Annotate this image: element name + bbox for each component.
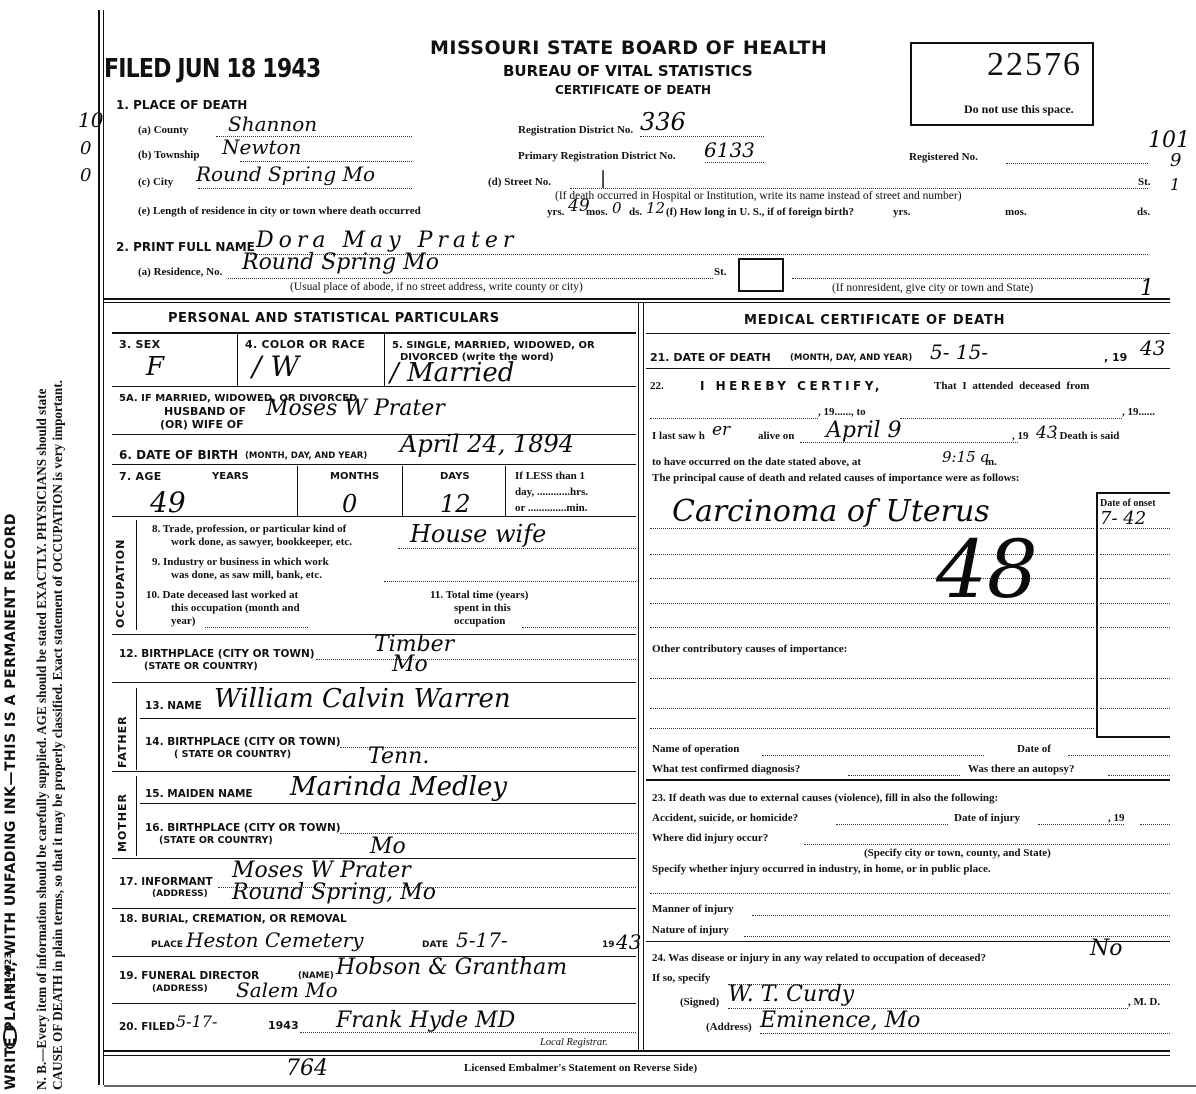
birthplace-label-1: 12. BIRTHPLACE (CITY OR TOWN) [119, 648, 315, 660]
physician-annotation: 48 [936, 530, 1038, 610]
last-worked-label-2: this occupation (month and [171, 602, 300, 614]
filed-date-field[interactable]: 5-17- [176, 1012, 217, 1031]
dod-year-field[interactable]: 43 [1140, 336, 1165, 360]
foreign-label: (f) How long in U. S., if of foreign bir… [666, 206, 854, 218]
township-field[interactable]: Newton [222, 135, 301, 159]
trade-label-2: work done, as sawyer, bookkeeper, etc. [171, 536, 352, 548]
onset-field[interactable]: 7- 42 [1100, 508, 1146, 529]
county-label: (a) County [138, 124, 188, 136]
dob-label: 6. DATE OF BIRTH [119, 448, 238, 462]
foreign-yrs: yrs. [893, 206, 910, 218]
burial-year-label: 19 [602, 940, 615, 950]
margin-instructions-2: CAUSE OF DEATH in plain terms, so that i… [50, 380, 66, 1090]
years-label: YEARS [212, 471, 249, 482]
from-to-label: , 19......, to [818, 406, 866, 418]
total-time-label-1: 11. Total time (years) [430, 589, 528, 601]
time-field[interactable]: 9:15 a [942, 448, 989, 466]
foreign-ds: ds. [1137, 206, 1150, 218]
total-time-label-2: spent in this [454, 602, 511, 614]
less-label-1: If LESS than 1 [515, 470, 585, 482]
residence-box[interactable] [738, 258, 784, 292]
right-note-1: 101 [1148, 128, 1190, 153]
city-field[interactable]: Round Spring Mo [196, 162, 375, 186]
occ-related-label: 24. Was disease or injury in any way rel… [652, 952, 986, 964]
margin-note-3: 0 [80, 165, 91, 186]
funeral-addr-field[interactable]: Salem Mo [236, 978, 338, 1002]
alive-on-field[interactable]: April 9 [826, 418, 902, 443]
burial-place-label: PLACE [151, 940, 183, 950]
address-label: (Address) [706, 1021, 752, 1033]
from-to-end: , 19...... [1122, 406, 1155, 418]
burial-year-field[interactable]: 43 [616, 930, 641, 954]
footer-number: 764 [286, 1056, 328, 1081]
residence-length-label: (e) Length of residence in city or town … [138, 205, 421, 217]
place-of-death-heading: 1. PLACE OF DEATH [116, 98, 247, 112]
mos-label: mos. [586, 206, 608, 218]
residence-label: (a) Residence, No. [138, 266, 222, 278]
total-time-label-3: occupation [454, 615, 505, 627]
mother-side-label: MOTHER [116, 793, 129, 852]
reg-district-field[interactable]: 336 [640, 108, 686, 136]
street-field[interactable]: | [600, 168, 606, 189]
yrs-label: yrs. [547, 206, 564, 218]
less-label-2: day, ............hrs. [515, 486, 588, 498]
age-months-field[interactable]: 0 [342, 490, 357, 518]
mos-field[interactable]: 0 [612, 199, 622, 217]
trade-field[interactable]: House wife [410, 520, 546, 548]
union-label-icon [3, 1025, 17, 1049]
dod-sub: (MONTH, DAY, AND YEAR) [790, 353, 912, 363]
occupation-side-label: OCCUPATION [114, 539, 127, 628]
certify-num: 22. [650, 380, 664, 392]
where-label: Where did injury occur? [652, 832, 768, 844]
mother-name-label: 15. MAIDEN NAME [145, 788, 253, 800]
informant-addr-field[interactable]: Round Spring, Mo [232, 880, 436, 905]
certificate-number: 22576 [987, 46, 1082, 84]
death-said-label: . Death is said [1054, 430, 1119, 442]
burial-place-field[interactable]: Heston Cemetery [186, 928, 364, 952]
accident-label: Accident, suicide, or homicide? [652, 812, 798, 824]
medical-heading: MEDICAL CERTIFICATE OF DEATH [744, 313, 1005, 328]
residence-note: (Usual place of abode, if no street addr… [290, 281, 583, 293]
burial-date-field[interactable]: 5-17- [456, 928, 508, 952]
burial-date-label: DATE [422, 940, 448, 950]
mother-name-field[interactable]: Marinda Medley [290, 772, 507, 802]
days-label: DAYS [440, 471, 470, 482]
margin-note-2: 0 [80, 138, 91, 159]
filed-year: 1943 [268, 1019, 299, 1032]
principal-label: The principal cause of death and related… [652, 472, 1019, 484]
father-name-field[interactable]: William Calvin Warren [214, 684, 511, 714]
physician-signature[interactable]: W. T. Curdy [728, 982, 854, 1007]
dod-field[interactable]: 5- 15- [930, 340, 988, 364]
registrar-label: Local Registrar. [540, 1037, 608, 1048]
burial-label: 18. BURIAL, CREMATION, OR REMOVAL [119, 913, 347, 925]
informant-label: 17. INFORMANT [119, 876, 213, 888]
md-label: , M. D. [1128, 996, 1160, 1008]
registered-no-label: Registered No. [909, 151, 978, 163]
sex-label: 3. SEX [119, 338, 160, 351]
filed-stamp: FILED JUN 18 1943 [104, 54, 320, 84]
informant-addr-label: (ADDRESS) [152, 889, 208, 899]
certify-text: That I attended deceased from [934, 380, 1089, 392]
date-of-label: Date of [1017, 743, 1051, 755]
township-label: (b) Township [138, 149, 199, 161]
primary-district-label: Primary Registration District No. [518, 150, 676, 162]
foreign-mos: mos. [1005, 206, 1027, 218]
dob-field[interactable]: April 24, 1894 [400, 430, 574, 458]
external-label: 23. If death was due to external causes … [652, 792, 998, 804]
residence-field[interactable]: Round Spring Mo [242, 250, 439, 275]
margin-permanent-record: WRITE PLAINLY, WITH UNFADING INK—THIS IS… [3, 513, 19, 1090]
father-name-label: 13. NAME [145, 700, 202, 712]
test-label: What test confirmed diagnosis? [652, 763, 800, 775]
certificate-title: CERTIFICATE OF DEATH [555, 83, 711, 97]
last-worked-label-1: 10. Date deceased last worked at [146, 589, 298, 601]
father-birth-field[interactable]: Tenn. [368, 744, 429, 769]
mother-birth-field[interactable]: Mo [370, 834, 406, 859]
reg-district-label: Registration District No. [518, 124, 633, 136]
spouse-field[interactable]: Moses W Prater [266, 396, 445, 421]
residence-st-label: St. [714, 266, 727, 278]
occ-related-field[interactable]: No [1090, 936, 1123, 961]
mother-birth-label-1: 16. BIRTHPLACE (CITY OR TOWN) [145, 822, 341, 834]
birthplace-label-2: (STATE OR COUNTRY) [144, 661, 258, 672]
margin-instructions-1: N. B.—Every item of information should b… [34, 389, 50, 1090]
operation-label: Name of operation [652, 743, 739, 755]
form-code: 1 X14023 [4, 952, 14, 1000]
age-label: 7. AGE [119, 470, 162, 483]
specify-label: Specify whether injury occurred in indus… [652, 863, 991, 875]
funeral-name-field[interactable]: Hobson & Grantham [336, 955, 567, 980]
manner-label: Manner of injury [652, 903, 734, 915]
nature-label: Nature of injury [652, 924, 729, 936]
right-note-3: 1 [1170, 175, 1180, 194]
street-suffix: St. [1138, 176, 1151, 188]
marital-label-1: 5. SINGLE, MARRIED, WIDOWED, OR [392, 340, 595, 351]
industry-label-2: was done, as saw mill, bank, etc. [171, 569, 322, 581]
if-so-label: If so, specify [652, 972, 710, 984]
certify-heading: I HEREBY CERTIFY, [700, 379, 883, 393]
filed-label: 20. FILED [119, 1021, 175, 1033]
left-border-outer [98, 10, 100, 1085]
race-field[interactable]: / W [252, 350, 299, 383]
injury-date-label: Date of injury [954, 812, 1020, 824]
personal-heading: PERSONAL AND STATISTICAL PARTICULARS [168, 311, 500, 326]
ds-label: ds. [629, 206, 642, 218]
industry-label-1: 9. Industry or business in which work [152, 556, 329, 568]
spouse-label-2: HUSBAND OF [164, 405, 246, 418]
months-label: MONTHS [330, 471, 379, 482]
right-note-2: 9 [1170, 150, 1181, 171]
funeral-addr-label: (ADDRESS) [152, 984, 208, 994]
city-label: (c) City [138, 176, 173, 188]
autopsy-label: Was there an autopsy? [968, 763, 1074, 775]
less-label-3: or ..............min. [515, 502, 588, 514]
ds-field[interactable]: 12 [646, 199, 665, 217]
signed-label: (Signed) [680, 996, 719, 1008]
physician-address-field[interactable]: Eminence, Mo [760, 1008, 920, 1033]
mother-birth-label-2: (STATE OR COUNTRY) [159, 835, 273, 846]
age-years-field[interactable]: 49 [150, 486, 186, 519]
page-title: MISSOURI STATE BOARD OF HEALTH [430, 37, 827, 59]
registrar-signature[interactable]: Frank Hyde MD [336, 1008, 515, 1033]
father-birth-label-2: ( STATE OR COUNTRY) [174, 749, 291, 760]
county-field[interactable]: Shannon [228, 112, 317, 136]
dod-label: 21. DATE OF DEATH [650, 351, 771, 364]
time-suffix: m. [985, 456, 997, 468]
dob-sub: (MONTH, DAY, AND YEAR) [245, 451, 367, 461]
alive-year-prefix: , 19 [1012, 430, 1029, 442]
last-saw-label: I last saw h [652, 430, 705, 442]
age-days-field[interactable]: 12 [440, 490, 471, 518]
sex-field[interactable]: F [146, 352, 164, 382]
embalmer-note: Licensed Embalmer's Statement on Reverse… [464, 1062, 697, 1074]
spouse-label-3: (OR) WIFE OF [160, 418, 244, 431]
full-name-label: 2. PRINT FULL NAME [116, 240, 255, 254]
birthplace-state-field[interactable]: Mo [392, 652, 428, 677]
where-note: (Specify city or town, county, and State… [864, 847, 1051, 859]
occurred-label: to have occurred on the date stated abov… [652, 456, 861, 468]
last-worked-label-3: year) [171, 615, 195, 627]
injury-year: , 19 [1108, 812, 1125, 824]
marital-status-field[interactable]: / Married [390, 358, 514, 388]
trade-label-1: 8. Trade, profession, or particular kind… [152, 523, 346, 535]
primary-district-field[interactable]: 6133 [704, 138, 755, 162]
do-not-use-note: Do not use this space. [964, 102, 1074, 117]
alive-on-label: alive on [758, 430, 794, 442]
last-saw-pronoun[interactable]: er [712, 420, 730, 440]
other-causes-label: Other contributory causes of importance: [652, 643, 847, 655]
father-side-label: FATHER [116, 715, 129, 768]
nonresident-note: (If nonresident, give city or town and S… [832, 282, 1033, 294]
bureau-title: BUREAU OF VITAL STATISTICS [503, 62, 753, 80]
left-border-inner [103, 10, 104, 1085]
street-label: (d) Street No. [488, 176, 551, 188]
father-birth-label-1: 14. BIRTHPLACE (CITY OR TOWN) [145, 736, 341, 748]
dod-year-prefix: , 19 [1104, 351, 1127, 364]
certificate-number-box: 22576 Do not use this space. [910, 42, 1094, 126]
